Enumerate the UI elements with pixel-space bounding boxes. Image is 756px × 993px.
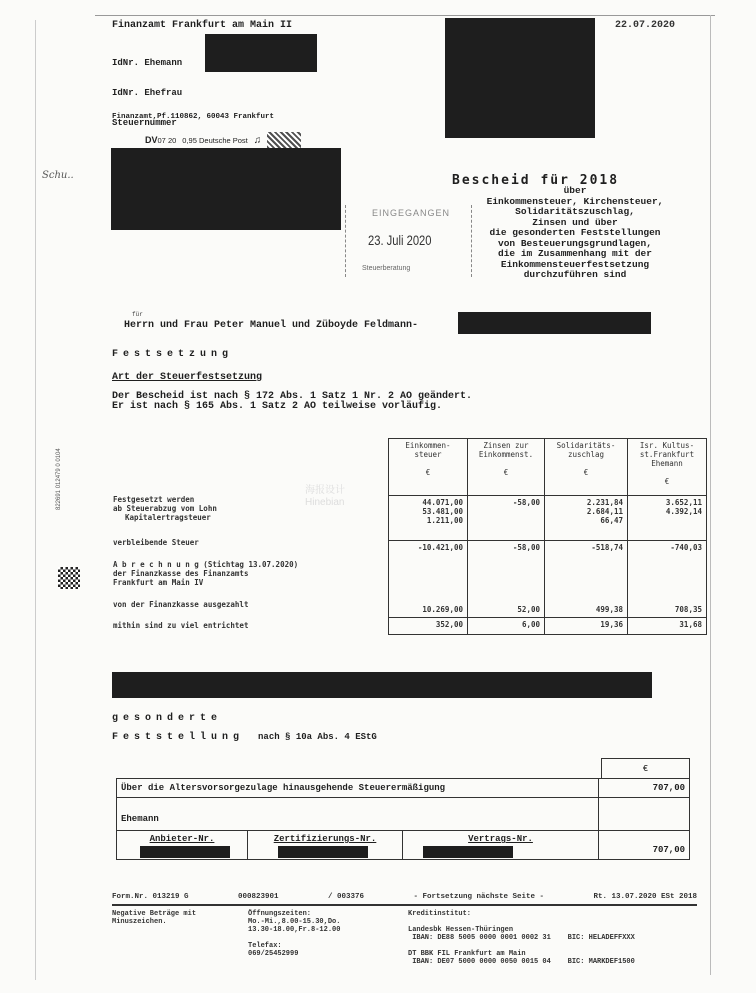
watermark-line: 海报设计 (305, 485, 345, 497)
feststellung-label: Feststellung (112, 732, 244, 743)
column-header: Einkommen- steuer € (389, 439, 468, 496)
amount-cell: -58,00 (468, 541, 545, 604)
contract-number-label: Vertrags-Nr. (468, 834, 533, 844)
footer-form-line: Form.Nr. 013219 G 000823901 / 003376 - F… (112, 893, 697, 901)
postage-code-prefix: DV (145, 135, 158, 145)
certification-number-label: Zertifizierungs-Nr. (274, 834, 377, 844)
amount-cell: -58,00 (468, 496, 545, 541)
amount-cell: 10.269,00 (389, 603, 468, 618)
postage-mark: DV07 20 0,95 Deutsche Post ♫ (145, 132, 301, 148)
label-festgesetzt: Festgesetzt werden ab Steuerabzug vom Lo… (113, 495, 217, 522)
row-label: Frankfurt am Main IV (113, 578, 298, 587)
letter-date: 22.07.2020 (615, 20, 675, 31)
legal-notes: Der Bescheid ist nach § 172 Abs. 1 Satz … (112, 392, 472, 412)
row-label: Kapitalertragsteuer (113, 513, 217, 522)
row-label: A b r e c h n u n g (Stichtag 13.07.2020… (113, 560, 298, 569)
post-horn-icon: ♫ (254, 135, 262, 146)
total-value: 707,00 (599, 831, 689, 859)
amount-cell: 708,35 (628, 603, 707, 618)
pension-row-label: Über die Altersvorsorgezulage hinausgehe… (117, 779, 599, 797)
opening-hours: Öffnungszeiten: Mo.-Mi.,8.00-15.30,Do. 1… (248, 910, 340, 958)
husband-label: Ehemann (117, 798, 599, 830)
assessment-subtitle: über Einkommensteuer, Kirchensteuer, Sol… (440, 186, 710, 281)
tax-table: Einkommen- steuer €Zinsen zur Einkommens… (388, 438, 707, 635)
page-right-border (710, 15, 711, 975)
subtitle-line: durchzuführen sind (440, 270, 710, 281)
amount-cell: 31,68 (628, 618, 707, 635)
subtitle-line: über (440, 186, 710, 197)
subtitle-line: die im Zusammenhang mit der (440, 249, 710, 260)
section-heading-festsetzung: Festsetzung (112, 349, 233, 360)
amount-cell: -10.421,00 (389, 541, 468, 604)
redacted-address (111, 148, 341, 230)
stamp-date: 23. Juli 2020 (368, 232, 432, 248)
provider-number-label: Anbieter-Nr. (150, 834, 215, 844)
amount-cell: -518,74 (545, 541, 628, 604)
watermark: 海报设计 Hinebian (305, 485, 345, 509)
amount-cell: 352,00 (389, 618, 468, 635)
label-abrechnung: A b r e c h n u n g (Stichtag 13.07.2020… (113, 560, 298, 587)
label-verbleibend: verbleibende Steuer (113, 538, 199, 547)
column-header: Isr. Kultus- st.Frankfurt Ehemann € (628, 439, 707, 496)
addressee-name: Herrn und Frau Peter Manuel und Züboyde … (124, 320, 418, 331)
sender-line: Finanzamt,Pf.110862, 60043 Frankfurt (112, 113, 274, 121)
pension-table: Über die Altersvorsorgezulage hinausgehe… (116, 778, 690, 860)
column-header: Solidaritäts- zuschlag € (545, 439, 628, 496)
rt-date: Rt. 13.07.2020 ESt 2018 (593, 893, 697, 901)
stamp-label: EINGEGANGEN (372, 208, 450, 218)
subtitle-line: die gesonderten Feststellungen (440, 228, 710, 239)
currency-header: € (601, 758, 690, 779)
postage-matrix-code (267, 132, 301, 148)
form-number: Form.Nr. 013219 G (112, 893, 189, 901)
section-heading-feststellung: Feststellung nach § 10a Abs. 4 EStG (112, 732, 377, 743)
amount-cell: 19,36 (545, 618, 628, 635)
column-header: Zinsen zur Einkommenst. € (468, 439, 545, 496)
pension-row-value: 707,00 (599, 779, 689, 797)
watermark-line: Hinebian (305, 497, 345, 509)
id-wife-label: IdNr. Ehefrau (112, 88, 274, 98)
postage-price: 0,95 Deutsche Post (182, 136, 247, 145)
amount-cell: 3.652,11 4.392,14 (628, 496, 707, 541)
redacted-ids (205, 34, 317, 72)
section-heading-gesonderte: gesonderte (112, 713, 222, 724)
addressee-prefix: für (132, 311, 143, 318)
stamp-footer: Steuerberatung (362, 265, 410, 272)
datamatrix-code (58, 567, 80, 589)
row-label: ab Steuerabzug vom Lohn (113, 504, 217, 513)
reference-number-2: / 003376 (328, 893, 364, 901)
contract-number-cell: Vertrags-Nr. (403, 831, 599, 859)
subtitle-line: Solidaritätszuschlag, (440, 207, 710, 218)
page-left-border (35, 20, 36, 980)
amount-cell: 52,00 (468, 603, 545, 618)
label-ausgezahlt: von der Finanzkasse ausgezahlt (113, 600, 248, 609)
amount-cell: 499,38 (545, 603, 628, 618)
amount-cell: 6,00 (468, 618, 545, 635)
subheading-art: Art der Steuerfestsetzung (112, 372, 262, 383)
redacted-header-block (445, 18, 595, 138)
amount-cell: 44.071,00 53.481,00 1.211,00 (389, 496, 468, 541)
reference-number: 000823901 (238, 893, 279, 901)
amount-cell: -740,03 (628, 541, 707, 604)
postage-code: 07 20 (158, 136, 177, 145)
legal-line: Er ist nach § 165 Abs. 1 Satz 2 AO teilw… (112, 402, 472, 412)
legal-reference: nach § 10a Abs. 4 EStG (258, 732, 377, 742)
certification-number-cell: Zertifizierungs-Nr. (248, 831, 403, 859)
provider-number-cell: Anbieter-Nr. (117, 831, 248, 859)
continued-note: - Fortsetzung nächste Seite - (413, 893, 544, 901)
row-label: der Finanzkasse des Finanzamts (113, 569, 298, 578)
label-zuviel: mithin sind zu viel entrichtet (113, 621, 248, 630)
redacted-name (458, 312, 651, 334)
bank-details: Kreditinstitut: Landesbk Hessen-Thüringe… (408, 910, 635, 966)
amount-cell: 2.231,84 2.684,11 66,47 (545, 496, 628, 541)
redacted-section (112, 672, 652, 698)
negative-amounts-note: Negative Beträge mit Minuszeichen. (112, 910, 196, 926)
side-barcode-number: 822691 012479 0 0104 (56, 448, 62, 510)
handwritten-note: Schu.. (42, 170, 74, 181)
tax-office-name: Finanzamt Frankfurt am Main II (112, 20, 292, 31)
footer-divider (112, 904, 697, 906)
page-top-border (95, 15, 715, 16)
row-label: Festgesetzt werden (113, 495, 217, 504)
